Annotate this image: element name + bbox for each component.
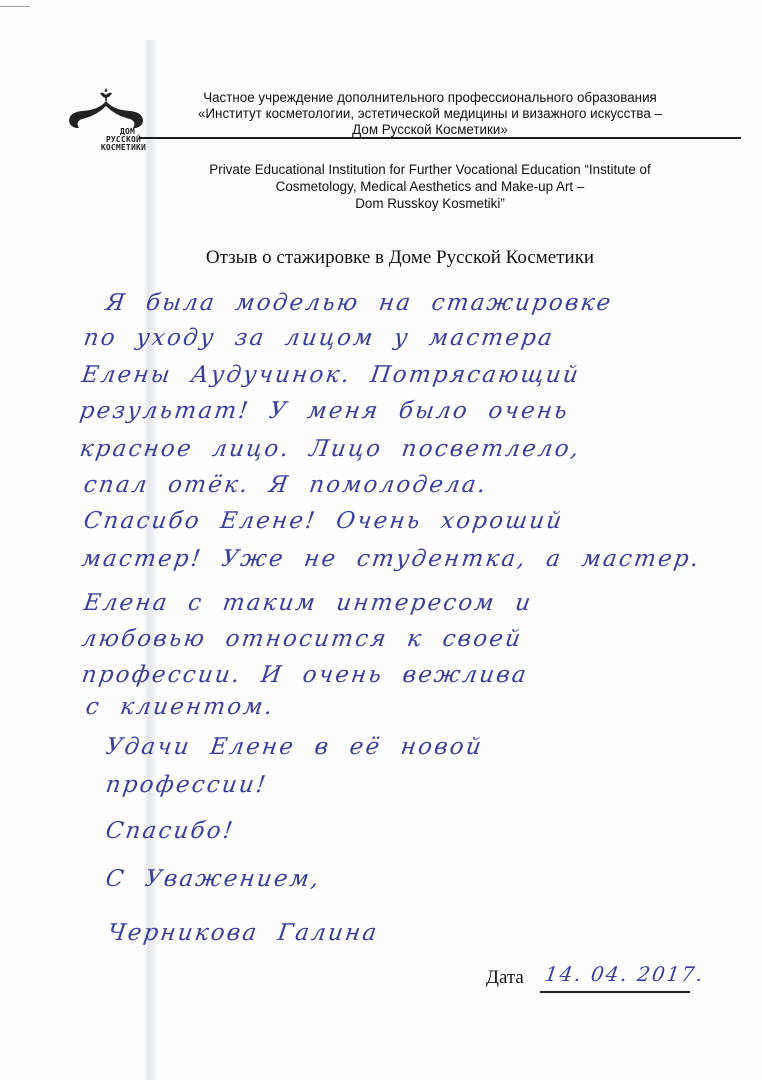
document-title: Отзыв о стажировке в Доме Русской Космет… bbox=[150, 245, 650, 271]
scanned-page: ДОМ РУССКОЙ КОСМЕТИКИ Частное учреждение… bbox=[0, 0, 762, 1080]
institution-name-ru: Частное учреждение дополнительного профе… bbox=[160, 90, 700, 138]
handwritten-line: результат! У меня было очень bbox=[78, 398, 571, 424]
onion-dome-icon bbox=[66, 86, 146, 130]
handwritten-line: мастер! Уже не студентка, а мастер. bbox=[80, 546, 702, 572]
handwritten-line: по уходу за лицом у мастера bbox=[82, 325, 556, 351]
handwritten-line: Спасибо! bbox=[104, 818, 236, 844]
logo-line: КОСМЕТИКИ bbox=[66, 144, 146, 152]
handwritten-signature: Черникова Галина bbox=[106, 920, 380, 946]
handwritten-line: профессии! bbox=[104, 772, 269, 798]
handwritten-line: С Уважением, bbox=[104, 866, 322, 892]
handwritten-line: Я была моделью на стажировке bbox=[104, 290, 614, 316]
institution-logo: ДОМ РУССКОЙ КОСМЕТИКИ bbox=[66, 86, 146, 158]
header-divider bbox=[139, 137, 741, 139]
date-label: Дата bbox=[486, 966, 524, 990]
handwritten-line: Елены Аудучинок. Потрясающий bbox=[80, 362, 582, 388]
institution-name-en: Private Educational Institution for Furt… bbox=[180, 161, 680, 212]
scan-edge-mark bbox=[0, 6, 30, 7]
header-ru-line: Частное учреждение дополнительного профе… bbox=[160, 90, 700, 106]
header-en-line: Private Educational Institution for Furt… bbox=[180, 161, 680, 178]
handwritten-line: Удачи Елене в её новой bbox=[104, 734, 485, 760]
header-en-line: Cosmetology, Medical Aesthetics and Make… bbox=[180, 178, 680, 195]
logo-wordmark: ДОМ РУССКОЙ КОСМЕТИКИ bbox=[66, 128, 146, 152]
date-underline bbox=[540, 991, 690, 993]
date-value: 14. 04. 2017. bbox=[543, 962, 706, 986]
header-ru-line: «Институт косметологии, эстетической мед… bbox=[160, 106, 700, 122]
handwritten-line: любовью относится к своей bbox=[80, 626, 524, 652]
header-ru-line: Дом Русской Косметики» bbox=[160, 122, 700, 138]
handwritten-line: Спасибо Елене! Очень хороший bbox=[82, 508, 565, 534]
header-en-line: Dom Russkoy Kosmetiki” bbox=[180, 195, 680, 212]
handwritten-line: красное лицо. Лицо посветлело, bbox=[78, 436, 582, 462]
handwritten-line: Елена с таким интересом и bbox=[82, 590, 534, 616]
handwritten-line: спал отёк. Я помолодела. bbox=[82, 472, 489, 498]
handwritten-line: с клиентом. bbox=[84, 694, 276, 720]
handwritten-line: профессии. И очень вежлива bbox=[80, 662, 530, 688]
